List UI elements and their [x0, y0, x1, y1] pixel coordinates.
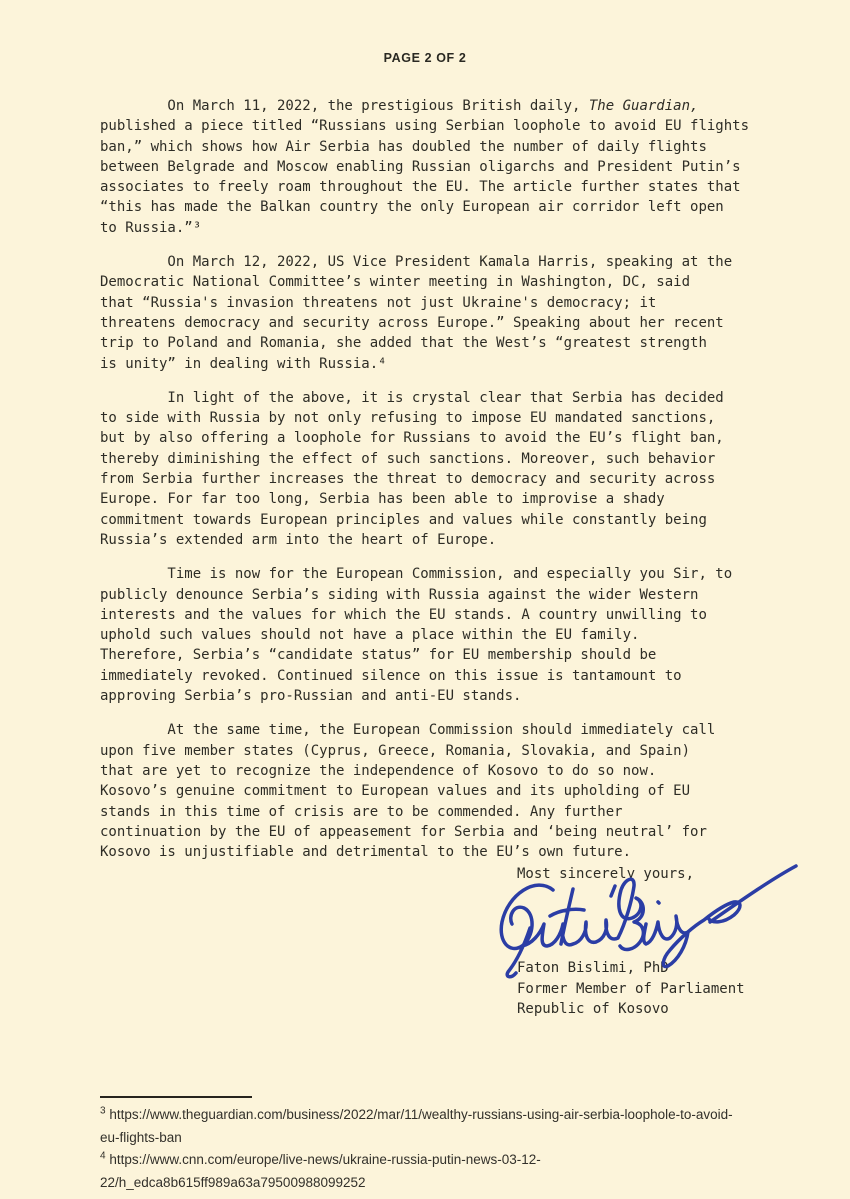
text-run: On March 11, 2022, the prestigious Briti…	[100, 98, 589, 114]
signer-line: Republic of Kosovo	[517, 999, 745, 1019]
text-run: published a piece titled “Russians using…	[100, 118, 749, 235]
handwritten-signature-path	[501, 866, 796, 977]
footnotes-section: 3 https://www.theguardian.com/business/2…	[100, 1096, 780, 1194]
letter-page: PAGE 2 OF 2 On March 11, 2022, the prest…	[0, 0, 850, 1199]
paragraph: Time is now for the European Commission,…	[100, 564, 800, 706]
footnote-marker: 4	[100, 1151, 106, 1162]
footnote-separator	[100, 1096, 252, 1098]
paragraph: On March 12, 2022, US Vice President Kam…	[100, 252, 800, 374]
paragraph: On March 11, 2022, the prestigious Briti…	[100, 96, 800, 238]
text-run: Time is now for the European Commission,…	[100, 566, 732, 704]
footnote-list: 3 https://www.theguardian.com/business/2…	[100, 1104, 780, 1194]
footnote: 3 https://www.theguardian.com/business/2…	[100, 1104, 780, 1149]
footnote-marker: 3	[100, 1106, 106, 1117]
letter-body: On March 11, 2022, the prestigious Briti…	[100, 96, 800, 876]
text-run: At the same time, the European Commissio…	[100, 722, 715, 860]
paragraph: In light of the above, it is crystal cle…	[100, 388, 800, 550]
italic-text-run: The Guardian,	[589, 98, 699, 114]
handwritten-signature	[478, 860, 800, 982]
page-number-header: PAGE 2 OF 2	[0, 51, 850, 65]
paragraph: At the same time, the European Commissio…	[100, 720, 800, 862]
text-run: On March 12, 2022, US Vice President Kam…	[100, 254, 732, 371]
footnote: 4 https://www.cnn.com/europe/live-news/u…	[100, 1149, 780, 1194]
text-run: In light of the above, it is crystal cle…	[100, 390, 724, 548]
